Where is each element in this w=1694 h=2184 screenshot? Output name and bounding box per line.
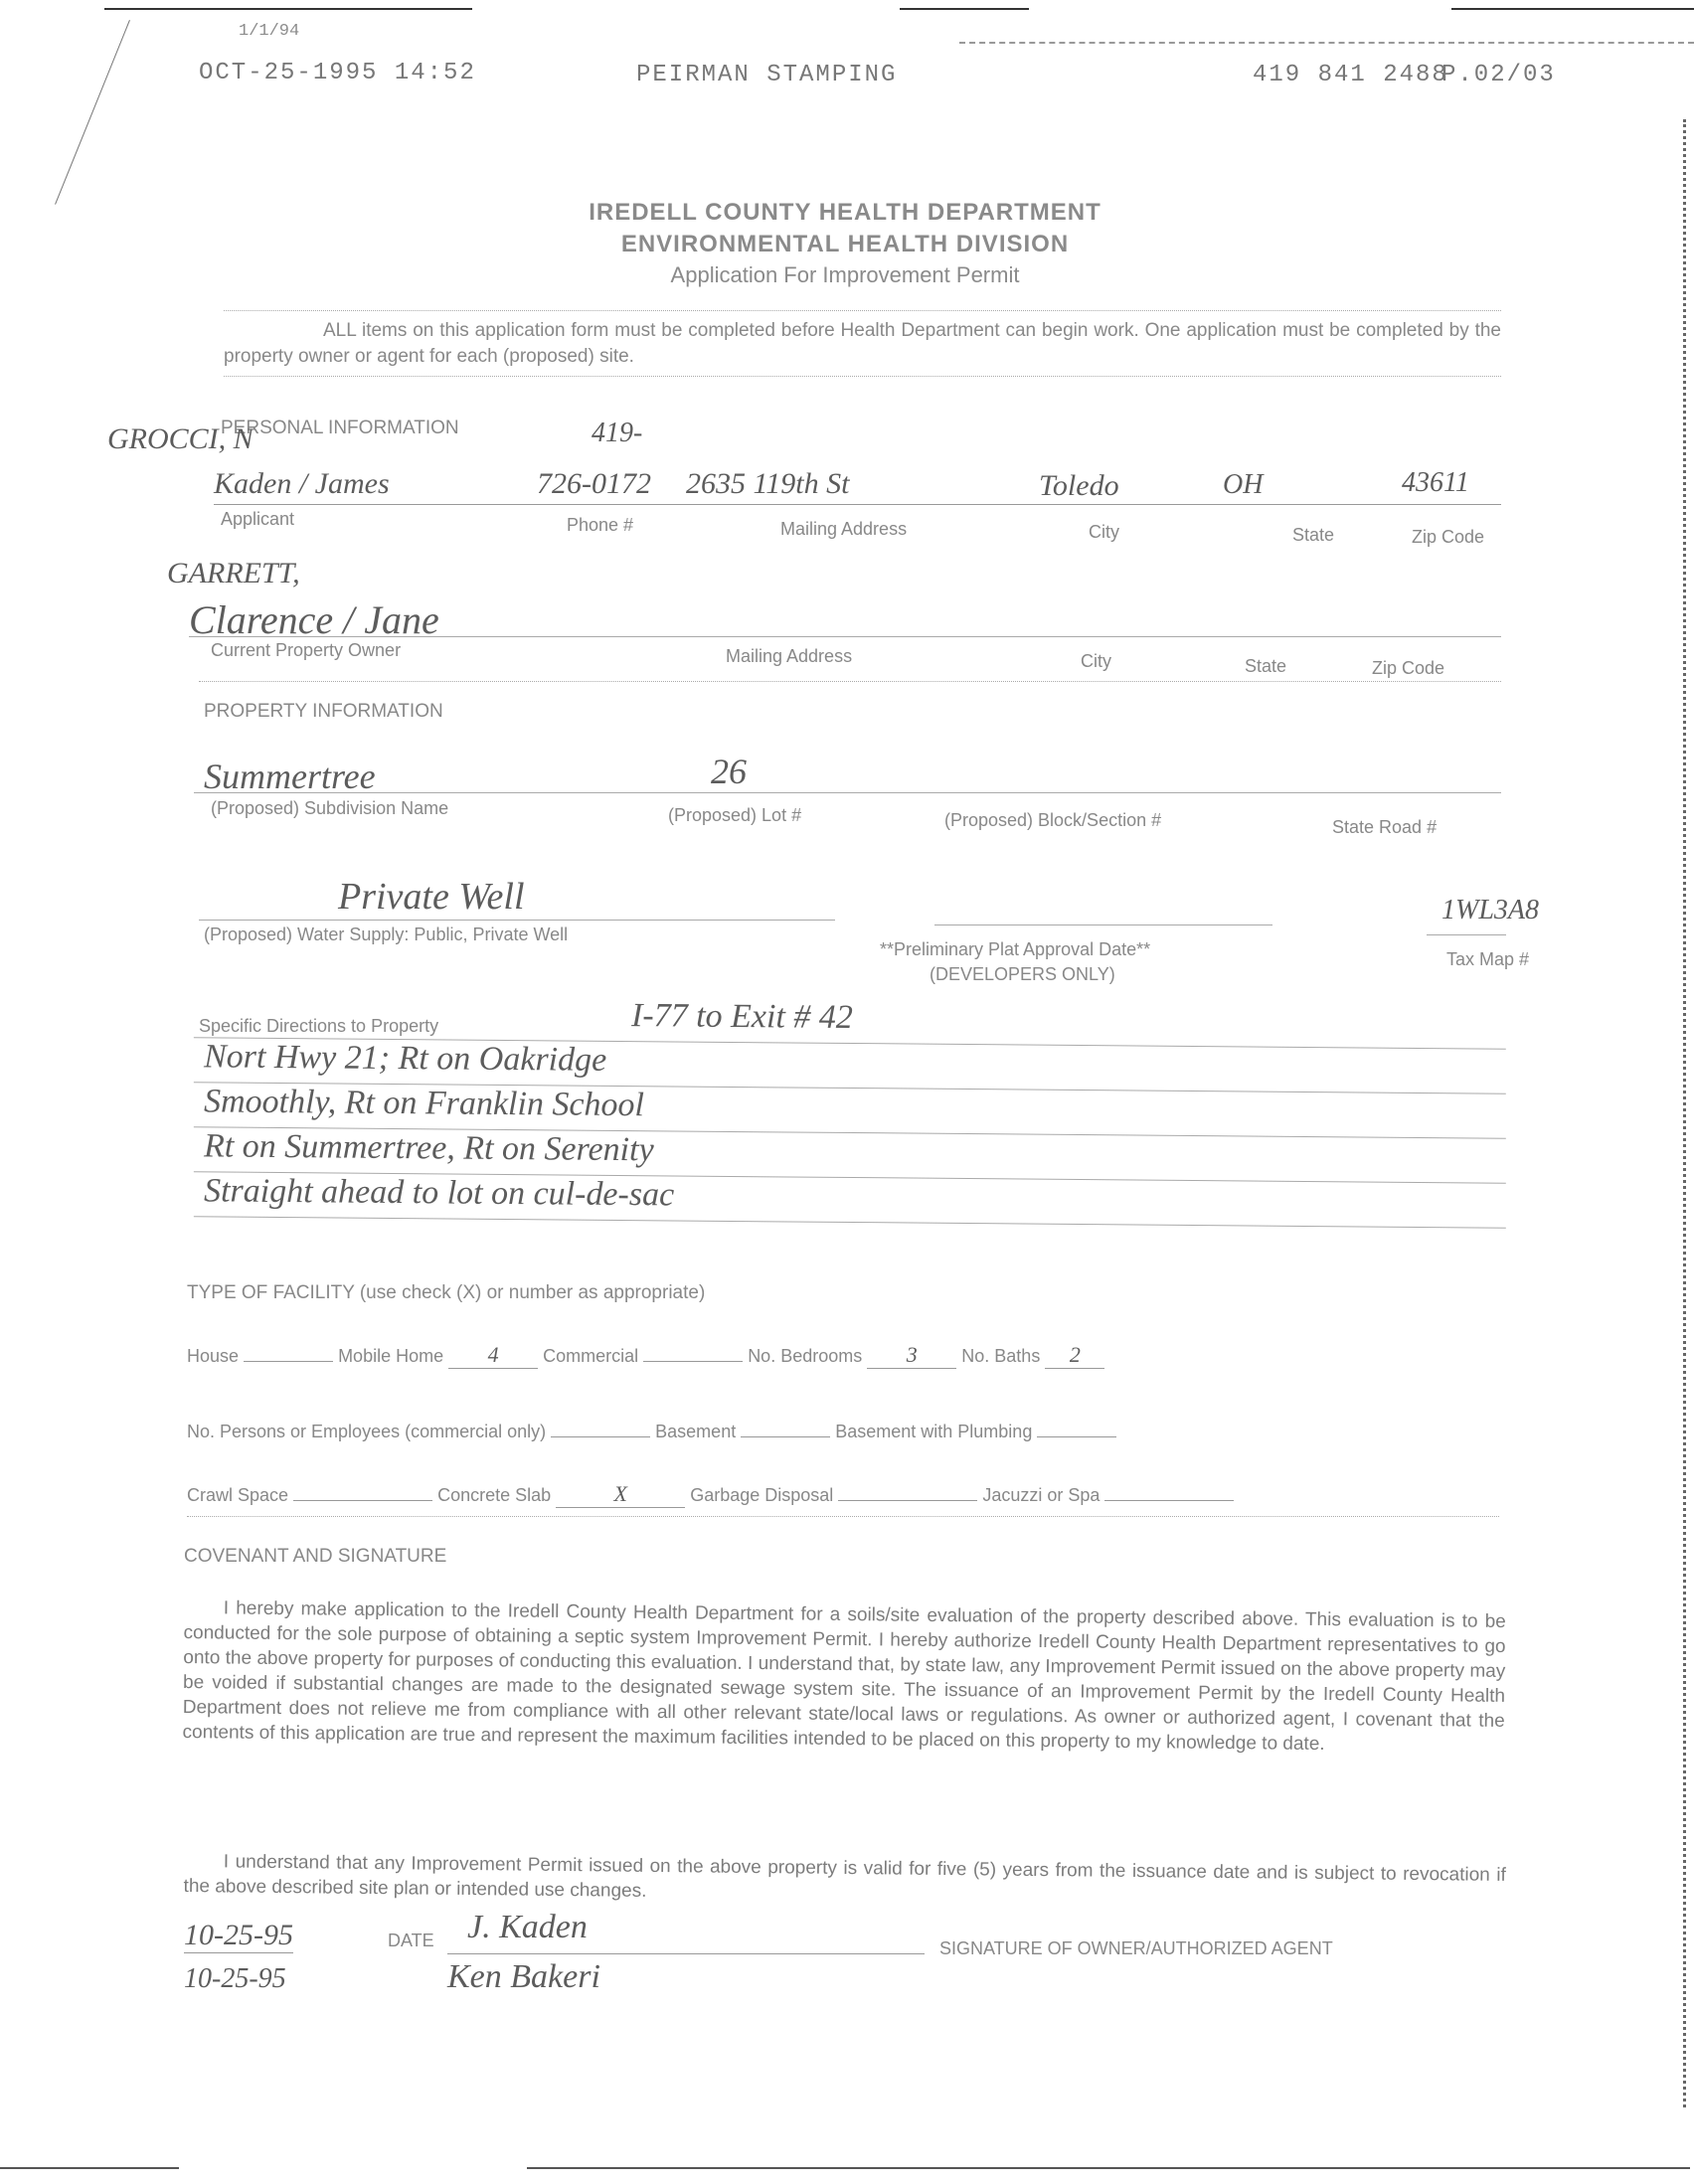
- jacuzzi-label: Jacuzzi or Spa: [982, 1485, 1100, 1505]
- phone-label: Phone #: [567, 515, 633, 536]
- form-header: IREDELL COUNTY HEALTH DEPARTMENT ENVIRON…: [199, 199, 1491, 288]
- subdivision-line: [194, 792, 1501, 793]
- signature-1[interactable]: J. Kaden: [467, 1909, 588, 1946]
- applicant-line: [214, 504, 1501, 505]
- zip-value[interactable]: 43611: [1402, 467, 1469, 499]
- plat-date-label: **Preliminary Plat Approval Date**: [880, 939, 1150, 960]
- city-label: City: [1089, 522, 1119, 543]
- divider: [199, 681, 1501, 682]
- facility-row-2: No. Persons or Employees (commercial onl…: [187, 1422, 1499, 1442]
- applicant-label: Applicant: [221, 509, 294, 530]
- division-title: ENVIRONMENTAL HEALTH DIVISION: [199, 231, 1491, 258]
- fax-datetime: OCT-25-1995 14:52: [199, 60, 476, 86]
- owner-label: Current Property Owner: [211, 640, 401, 661]
- signature-2[interactable]: Ken Bakeri: [447, 1958, 600, 1996]
- bedrooms-field[interactable]: 3: [867, 1342, 956, 1369]
- commercial-field[interactable]: [643, 1361, 743, 1362]
- city-value[interactable]: Toledo: [1039, 469, 1119, 503]
- signature-date-1[interactable]: 10-25-95: [184, 1919, 293, 1953]
- facility-row-3: Crawl Space Concrete Slab X Garbage Disp…: [187, 1481, 1499, 1508]
- tax-map-value[interactable]: 1WL3A8: [1441, 895, 1539, 926]
- fax-top-rule-far: [1451, 8, 1694, 10]
- scan-edge: [1679, 119, 1686, 2107]
- facility-row-1: House Mobile Home 4 Commercial No. Bedro…: [187, 1342, 1499, 1369]
- house-field[interactable]: [244, 1361, 333, 1362]
- mailing-address-value[interactable]: 2635 119th St: [686, 467, 849, 501]
- divider: [187, 1516, 1499, 1517]
- owner-note: GARRETT,: [167, 557, 300, 590]
- applicant-note: GROCCI, N: [107, 422, 254, 456]
- mobile-home-label: Mobile Home: [338, 1346, 443, 1366]
- persons-field[interactable]: [551, 1436, 650, 1437]
- owner-city-label: City: [1081, 651, 1111, 672]
- crawl-space-field[interactable]: [293, 1500, 432, 1501]
- state-value[interactable]: OH: [1223, 469, 1263, 501]
- fax-sender: PEIRMAN STAMPING: [636, 62, 897, 88]
- water-line: [199, 920, 835, 921]
- property-info-heading: PROPERTY INFORMATION: [204, 701, 443, 723]
- bottom-rule: [527, 2167, 1690, 2169]
- mailing-address-label: Mailing Address: [780, 519, 907, 540]
- commercial-label: Commercial: [543, 1346, 638, 1366]
- tax-map-label: Tax Map #: [1446, 949, 1529, 970]
- jacuzzi-field[interactable]: [1104, 1500, 1234, 1501]
- crawl-space-label: Crawl Space: [187, 1485, 288, 1505]
- owner-state-label: State: [1245, 656, 1286, 677]
- basement-label: Basement: [655, 1422, 736, 1441]
- corner-mark: [55, 20, 132, 206]
- water-supply-value[interactable]: Private Well: [338, 875, 525, 919]
- plat-line: [934, 924, 1272, 925]
- form-title: Application For Improvement Permit: [199, 262, 1491, 288]
- signature-line: [447, 1953, 925, 1954]
- block-label: (Proposed) Block/Section #: [944, 810, 1161, 831]
- basement-field[interactable]: [741, 1436, 830, 1437]
- owner-zip-label: Zip Code: [1372, 658, 1444, 679]
- top-scribble: 1/1/94: [239, 22, 299, 41]
- persons-label: No. Persons or Employees (commercial onl…: [187, 1422, 546, 1441]
- baths-label: No. Baths: [961, 1346, 1040, 1366]
- subdivision-label: (Proposed) Subdivision Name: [211, 798, 448, 819]
- lot-value[interactable]: 26: [711, 751, 747, 792]
- signature-label: SIGNATURE OF OWNER/AUTHORIZED AGENT: [939, 1938, 1333, 1959]
- baths-field[interactable]: 2: [1045, 1342, 1104, 1369]
- fax-top-rule-right: [900, 8, 1029, 10]
- covenant-heading: COVENANT AND SIGNATURE: [184, 1546, 446, 1568]
- state-label: State: [1292, 525, 1334, 546]
- bottom-rule: [0, 2167, 179, 2169]
- facility-heading: TYPE OF FACILITY (use check (X) or numbe…: [187, 1282, 705, 1304]
- date-label: DATE: [388, 1931, 434, 1951]
- directions-block: I-77 to Exit # 42 Nort Hwy 21; Rt on Oak…: [194, 999, 1506, 1223]
- tax-map-line: [1427, 934, 1506, 935]
- house-label: House: [187, 1346, 239, 1366]
- covenant-paragraph-2: I understand that any Improvement Permit…: [183, 1849, 1505, 1913]
- basement-plumbing-field[interactable]: [1037, 1436, 1116, 1437]
- department-title: IREDELL COUNTY HEALTH DEPARTMENT: [199, 199, 1491, 227]
- garbage-disposal-field[interactable]: [838, 1500, 977, 1501]
- personal-info-heading: PERSONAL INFORMATION: [221, 418, 459, 439]
- subdivision-value[interactable]: Summertree: [204, 756, 376, 797]
- instructions-text: ALL items on this application form must …: [224, 318, 1501, 370]
- fax-page: P.02/03: [1441, 62, 1556, 88]
- state-road-label: State Road #: [1332, 817, 1437, 838]
- phone-prefix: 419-: [592, 418, 642, 449]
- concrete-slab-field[interactable]: X: [556, 1481, 685, 1508]
- divider: [224, 310, 1501, 311]
- plat-date-sublabel: (DEVELOPERS ONLY): [930, 964, 1115, 985]
- basement-plumbing-label: Basement with Plumbing: [835, 1422, 1032, 1441]
- signature-date-2[interactable]: 10-25-95: [184, 1963, 286, 1995]
- divider: [224, 376, 1501, 377]
- lot-label: (Proposed) Lot #: [668, 805, 801, 826]
- covenant-paragraph-1: I hereby make application to the Iredell…: [182, 1596, 1505, 1759]
- bedrooms-label: No. Bedrooms: [748, 1346, 862, 1366]
- owner-line: [189, 636, 1501, 637]
- mobile-home-field[interactable]: 4: [448, 1342, 538, 1369]
- owner-address-label: Mailing Address: [726, 646, 852, 667]
- fax-dotted-rule: [959, 42, 1694, 44]
- fax-phone: 419 841 2488: [1253, 62, 1448, 88]
- phone-value[interactable]: 726-0172: [537, 467, 651, 501]
- water-supply-label: (Proposed) Water Supply: Public, Private…: [204, 924, 568, 945]
- fax-top-rule: [104, 8, 472, 10]
- garbage-disposal-label: Garbage Disposal: [690, 1485, 833, 1505]
- applicant-value[interactable]: Kaden / James: [214, 467, 390, 501]
- concrete-slab-label: Concrete Slab: [437, 1485, 551, 1505]
- zip-label: Zip Code: [1412, 527, 1484, 548]
